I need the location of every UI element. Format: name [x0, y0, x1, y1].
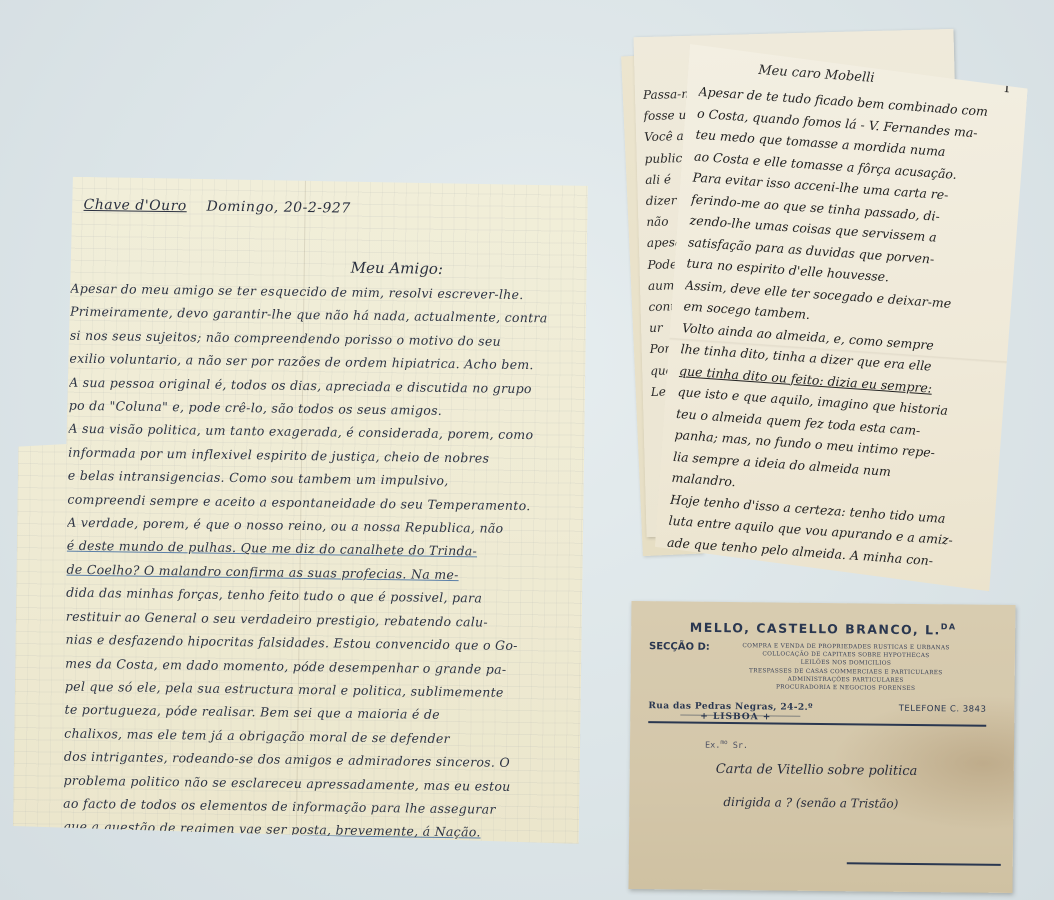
letterhead-section: SECÇÃO D:	[649, 641, 710, 653]
letterhead-rule	[648, 721, 986, 727]
address-rule	[847, 862, 1001, 866]
letter-right-front-sheet: I Meu caro Mobelli Apesar de te tudo fic…	[653, 44, 1029, 591]
envelope: MELLO, CASTELLO BRANCO, L.DA SECÇÃO D: C…	[629, 601, 1016, 893]
letter-right-greeting: Meu caro Mobelli	[758, 63, 875, 86]
salute-prefix: Ex.	[705, 741, 720, 751]
handwritten-note-line: Carta de Vitellio sobre politica	[716, 762, 918, 779]
letter-place: Chave d'Ouro	[83, 197, 186, 214]
salute-sup: mo	[720, 739, 727, 746]
company-suffix: DA	[941, 622, 957, 631]
letter-left-sheet: Chave d'Ouro Domingo, 20-2-927 Meu Amigo…	[13, 176, 588, 844]
service-item: Procuradoria e negocios forenses	[721, 683, 971, 694]
company-name: MELLO, CASTELLO BRANCO, L.	[690, 620, 941, 638]
salute-suffix: Sr.	[728, 741, 749, 751]
letter-body: Apesar do meu amigo se ter esquecido de …	[63, 277, 571, 846]
letter-right-body: Apesar de te tudo ficado bem combinado c…	[666, 81, 1016, 575]
recipient-salutation: Ex.mo Sr.	[705, 739, 748, 751]
letterhead-company: MELLO, CASTELLO BRANCO, L.DA	[631, 619, 1015, 638]
letterhead-services: Compra e venda de propriedades rusticas …	[721, 642, 972, 694]
handwritten-note-line: dirigida a ? (senão a Tristão)	[723, 795, 898, 811]
letterhead-telephone: TELEFONE C. 3843	[899, 704, 987, 715]
letter-date: Domingo, 20-2-927	[206, 199, 350, 217]
letter-salutation: Meu Amigo:	[351, 259, 443, 278]
letter-dateline: Chave d'Ouro Domingo, 20-2-927	[83, 197, 350, 217]
